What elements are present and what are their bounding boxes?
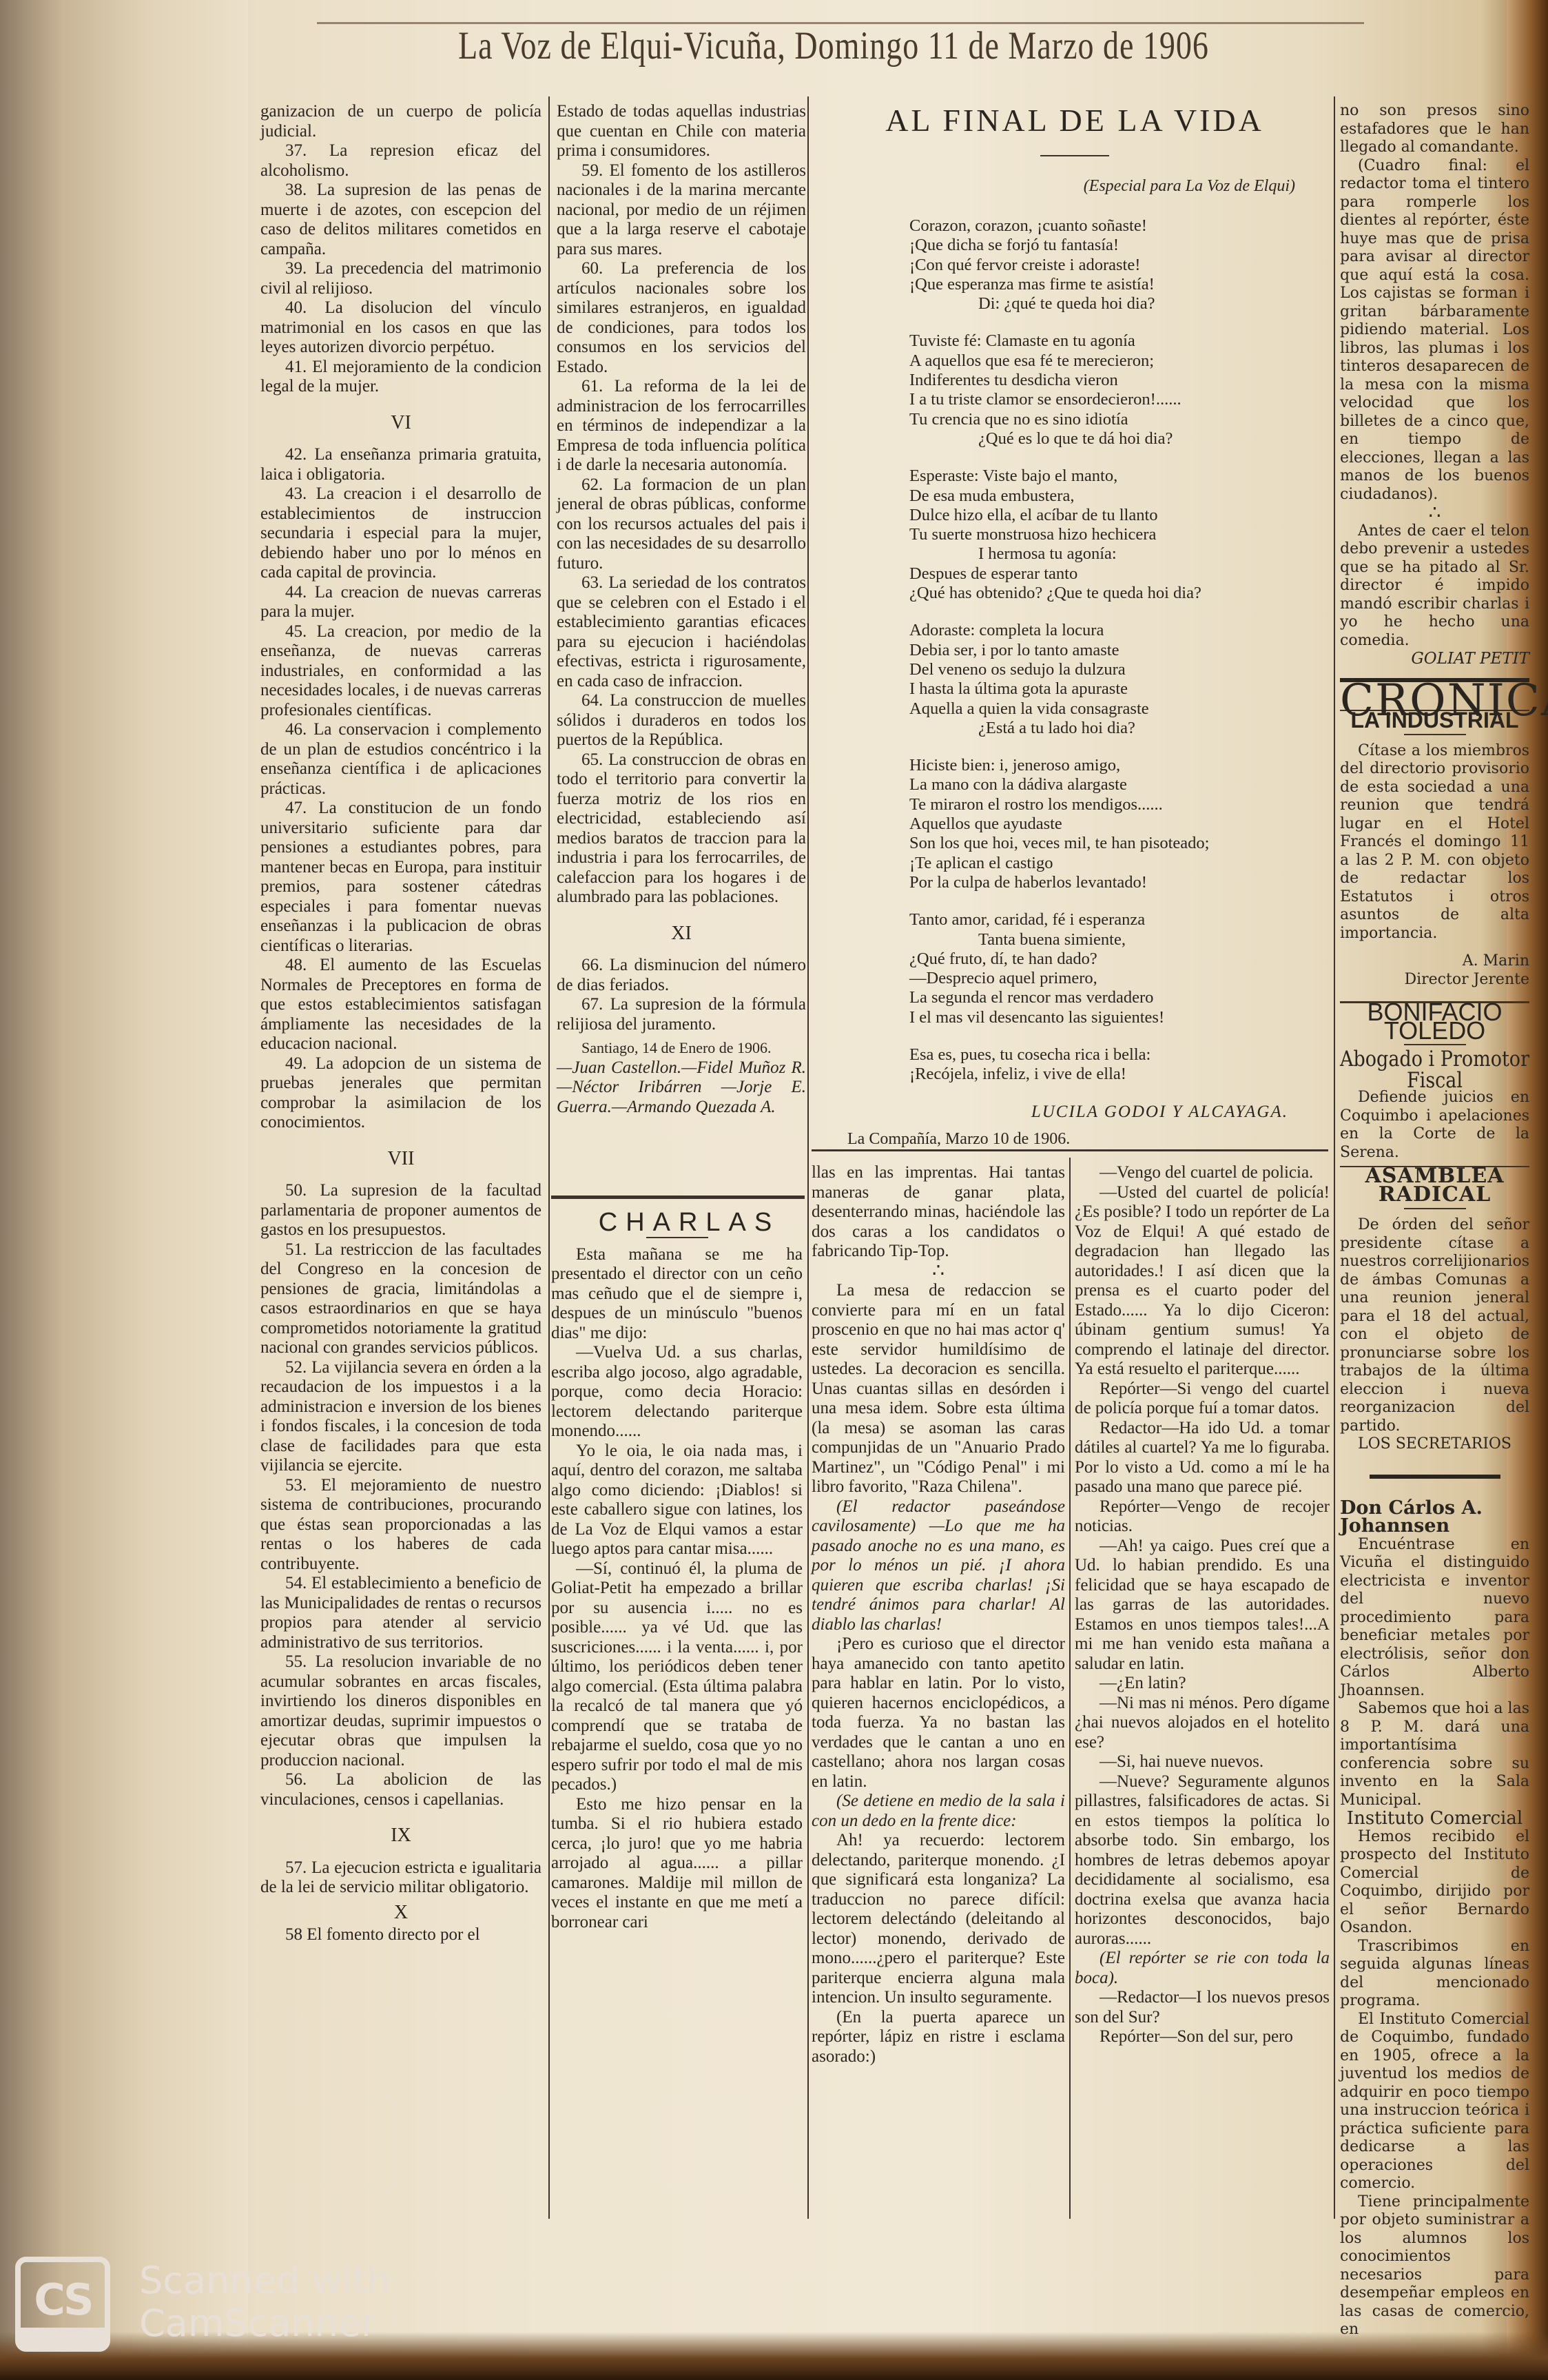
poem-line: La mano con la dádiva alargaste [909, 775, 1323, 794]
article-item: 55. La resolucion invariable de no acumu… [260, 1652, 541, 1770]
charlas-paragraph: —Sí, continuó él, la pluma de Goliat-Pet… [551, 1559, 803, 1795]
notice-title: Instituto Comercial [1340, 1809, 1529, 1828]
charlas-paragraph: —Redactor—I los nuevos presos son del Su… [1075, 1988, 1330, 2027]
poem-line: —Desprecio aquel primero, [909, 969, 1323, 988]
article-item: 62. La formacion de un plan jeneral de o… [557, 475, 806, 574]
notice-body: Cítase a los miembros del directorio pro… [1340, 742, 1529, 943]
article-item: 42. La enseñanza primaria gratuita, laic… [260, 445, 541, 484]
notice-signer: LOS SECRETARIOS [1340, 1435, 1529, 1454]
poem-line: Tanto amor, caridad, fé i esperanza [909, 910, 1323, 930]
charlas-closing: Antes de caer el telon debo prevenir a u… [1340, 522, 1529, 650]
poem-line: A aquellos que esa fé te merecieron; [909, 351, 1323, 371]
poem-line: Tanta buena simiente, [909, 930, 1323, 950]
charlas-paragraph: (Cuadro final: el redactor toma el tinte… [1340, 157, 1529, 504]
section-heading: VII [260, 1149, 541, 1169]
column-program-part1: ganizacion de un cuerpo de policía judic… [260, 102, 541, 1945]
poem-al-final-de-la-vida: AL FINAL DE LA VIDA (Especial para La Vo… [827, 102, 1323, 1149]
charlas-column-a: CHARLAS Esta mañana se me ha presentado … [551, 1213, 803, 1932]
charlas-paragraph: —Vuelva Ud. a sus charlas, escriba algo … [551, 1343, 803, 1442]
poem-line: Indiferentes tu desdicha vieron [909, 371, 1323, 390]
section-heading: X [260, 1903, 541, 1923]
poem-line: Por la culpa de haberlos levantado! [909, 873, 1323, 892]
charlas-paragraph: Ah! ya recuerdo: lectorem delectando, pa… [812, 1831, 1065, 2008]
article-item: 50. La supresion de la facultad parlamen… [260, 1181, 541, 1240]
poem-author: LUCILA GODOI Y ALCAYAGA. [827, 1102, 1288, 1122]
charlas-paragraph: Repórter—Si vengo del cuartel de policía… [1075, 1379, 1330, 1419]
poem-line: I hermosa tu agonía: [909, 544, 1323, 564]
poem-line: Adoraste: completa la locura [909, 621, 1323, 640]
article-item: 56. La abolicion de las vinculaciones, c… [260, 1770, 541, 1809]
article-item: 48. El aumento de las Escuelas Normales … [260, 956, 541, 1054]
notice-body: El Instituto Comercial de Coquimbo, fund… [1340, 2011, 1529, 2193]
poem-line: Son los que hoi, veces mil, te han pisot… [909, 834, 1323, 853]
charlas-paragraph: no son presos sino estafadores que le ha… [1340, 102, 1529, 157]
notice-body: Sabemos que hoi a las 8 P. M. dará una i… [1340, 1700, 1529, 1809]
charlas-paragraph: —¿En latin? [1075, 1674, 1330, 1694]
section-rule [551, 1196, 805, 1199]
column-program-part2: Estado de todas aquellas industrias que … [557, 102, 806, 1117]
signature: GOLIAT PETIT [1340, 650, 1529, 668]
poem-line: Tuviste fé: Clamaste en tu agonía [909, 331, 1323, 351]
poem-line: Corazon, corazon, ¡cuanto soñaste! [909, 216, 1323, 236]
poem-line: Esperaste: Viste bajo el manto, [909, 466, 1323, 486]
poem-stanza: Adoraste: completa la locura Debia ser, … [909, 621, 1323, 738]
article-item: 59. El fomento de los astilleros naciona… [557, 161, 806, 260]
section-heading: VI [260, 413, 541, 433]
poem-line: ¿Está a tu lado hoi dia? [909, 719, 1323, 738]
charlas-paragraph: —Ni mas ni ménos. Pero dígame ¿hai nuevo… [1075, 1694, 1330, 1753]
title-rule [1404, 1208, 1466, 1209]
charlas-paragraph: Repórter—Vengo de recojer noticias. [1075, 1497, 1330, 1537]
newspaper-masthead: La Voz de Elqui-Vicuña, Domingo 11 de Ma… [317, 23, 1350, 74]
charlas-paragraph: Redactor—Ha ido Ud. a tomar dátiles al c… [1075, 1419, 1330, 1497]
watermark-text: Scanned with CamScanner [139, 2259, 391, 2345]
poem-line: I a tu triste clamor se ensordecieron!..… [909, 390, 1323, 409]
charlas-paragraph: —Ah! ya caigo. Pues creí que a Ud. lo ha… [1075, 1537, 1330, 1674]
signatories: —Juan Castellon.—Fidel Muñoz R.—Néctor I… [557, 1058, 806, 1118]
column-divider [1334, 96, 1335, 2219]
poem-line: ¿Qué has obtenido? ¿Que te queda hoi dia… [909, 584, 1323, 603]
asterism-icon: ∴ [812, 1262, 1065, 1282]
charlas-stage-direction: (El repórter se rie con toda la boca). [1075, 1949, 1330, 1988]
poem-line: Despues de esperar tanto [909, 564, 1323, 584]
charlas-paragraph: (El redactor paseándose cavilosamente) —… [812, 1497, 1065, 1635]
poem-line: Te miraron el rostro los mendigos...... [909, 795, 1323, 814]
article-item: 38. La supresion de las penas de muerte … [260, 181, 541, 259]
watermark-line: CamScanner [139, 2302, 391, 2345]
charlas-paragraph: Repórter—Son del sur, pero [1075, 2027, 1330, 2047]
section-heading: XI [557, 924, 806, 944]
poem-stanza: Esperaste: Viste bajo el manto, De esa m… [909, 466, 1323, 603]
notice-title: ASAMBLEA RADICAL [1340, 1167, 1529, 1204]
article-item: 41. El mejoramiento de la condicion lega… [260, 358, 541, 397]
column-divider [807, 96, 809, 2219]
article-item: 66. La disminucion del número de dias fe… [557, 956, 806, 995]
section-rule [812, 1149, 1328, 1151]
poem-line: La segunda el rencor mas verdadero [909, 988, 1323, 1007]
article-item: 37. La represion eficaz del alcoholismo. [260, 141, 541, 181]
poem-title: AL FINAL DE LA VIDA [827, 102, 1323, 139]
article-item: 58 El fomento directo por el [260, 1925, 541, 1945]
poem-line: Tu crencia que no es sino idiotía [909, 410, 1323, 429]
article-item: 54. El establecimiento a beneficio de la… [260, 1574, 541, 1652]
charlas-paragraph: llas en las imprentas. Hai tantas manera… [812, 1163, 1065, 1262]
poem-line: De esa muda embustera, [909, 486, 1323, 506]
poem-line: Hiciste bien: i, jeneroso amigo, [909, 756, 1323, 775]
notice-title: Don Cárlos A. Johannsen [1340, 1499, 1529, 1536]
poem-line: ¿Qué fruto, dí, te han dado? [909, 950, 1323, 969]
poem-stanza: Esa es, pues, tu cosecha rica i bella: ¡… [909, 1045, 1323, 1085]
poem-line: Aquellos que ayudaste [909, 814, 1323, 834]
page-margin-left [0, 0, 248, 2380]
article-item: 40. La disolucion del vínculo matrimonia… [260, 298, 541, 358]
title-rule [1404, 734, 1466, 735]
notice-title: BONIFACIO TOLEDO [1340, 1003, 1529, 1040]
notice-body: Defiende juicios en Coquimbo i apelacion… [1340, 1089, 1529, 1162]
poem-line: I el mas vil desencanto las siguientes! [909, 1008, 1323, 1027]
poem-line: ¡Con qué fervor creiste i adoraste! [909, 256, 1323, 275]
charlas-paragraph: —Si, hai nueve nuevos. [1075, 1752, 1330, 1772]
charlas-paragraph: —Nueve? Seguramente algunos pillastres, … [1075, 1772, 1330, 1949]
column-divider [1069, 1158, 1071, 2219]
section-heading: IX [260, 1826, 541, 1846]
notice-subtitle: Abogado i Promotor Fiscal [1340, 1049, 1529, 1091]
poem-subtitle: (Especial para La Voz de Elqui) [827, 177, 1295, 196]
article-item: 43. La creacion i el desarrollo de estab… [260, 484, 541, 583]
notice-title: LA INDUSTRIAL [1340, 711, 1529, 730]
poem-stanza: Corazon, corazon, ¡cuanto soñaste! ¡Que … [909, 216, 1323, 314]
poem-line: ¡Que esperanza mas firme te asistía! [909, 275, 1323, 294]
article-item: 60. La preferencia de los artículos naci… [557, 259, 806, 377]
article-item: 47. La constitucion de un fondo universi… [260, 799, 541, 956]
poem-stanza: Tuviste fé: Clamaste en tu agonía A aque… [909, 331, 1323, 449]
poem-line: I hasta la última gota la apuraste [909, 679, 1323, 699]
article-item: 64. La construccion de muelles sólidos i… [557, 691, 806, 750]
notice-signer: A. Marin [1340, 952, 1529, 971]
poem-stanza: Hiciste bien: i, jeneroso amigo, La mano… [909, 756, 1323, 892]
notice-signer-title: Director Jerente [1340, 971, 1529, 989]
poem-line: Tu suerte monstruosa hizo hechicera [909, 525, 1323, 544]
article-item: 61. La reforma de la lei de administraci… [557, 377, 806, 475]
poem-line: Esa es, pues, tu cosecha rica i bella: [909, 1045, 1323, 1065]
watermark-line: Scanned with [139, 2259, 391, 2302]
charlas-paragraph: Yo le oia, le oia nada mas, i aquí, dent… [551, 1442, 803, 1559]
title-rule [1040, 155, 1109, 156]
article-item: 63. La seriedad de los contratos que se … [557, 573, 806, 691]
article-item: 49. La adopcion de un sistema de pruebas… [260, 1054, 541, 1133]
section-rule [1370, 1475, 1500, 1479]
charlas-stage-direction: (Se detiene en medio de la sala i con un… [812, 1792, 1065, 1831]
poem-line: ¡Que dicha se forjó tu fantasía! [909, 236, 1323, 255]
notice-body: Trascribimos en seguida algunas líneas d… [1340, 1938, 1529, 2011]
notice-body: Hemos recibido el prospecto del Institut… [1340, 1828, 1529, 1938]
poem-line: Del veneno os sedujo la dulzura [909, 660, 1323, 679]
article-item: 51. La restriccion de las facultades del… [260, 1240, 541, 1358]
column-cronica: no son presos sino estafadores que le ha… [1340, 102, 1529, 2339]
column-divider [548, 96, 550, 2219]
article-item: 65. La construccion de obras en todo el … [557, 750, 806, 907]
charlas-column-c: —Vengo del cuartel de policia. —Usted de… [1075, 1163, 1330, 2047]
article-item: 46. La conservacion i complemento de un … [260, 720, 541, 799]
signature-place-date: Santiago, 14 de Enero de 1906. [557, 1038, 806, 1058]
charlas-paragraph: ¡Pero es curioso que el director haya am… [812, 1634, 1065, 1792]
camscanner-watermark: CS Scanned with CamScanner [15, 2257, 401, 2353]
charlas-paragraph: La mesa de redaccion se convierte para m… [812, 1281, 1065, 1497]
notice-body: De órden del señor presidente cítase a n… [1340, 1216, 1529, 1435]
charlas-column-b: llas en las imprentas. Hai tantas manera… [812, 1163, 1065, 2066]
charlas-paragraph: —Usted del cuartel de policía! ¿Es posib… [1075, 1183, 1330, 1379]
poem-line: ¡Te aplican el castigo [909, 854, 1323, 873]
article-item: Estado de todas aquellas industrias que … [557, 102, 806, 161]
article-item: 39. La precedencia del matrimonio civil … [260, 259, 541, 298]
poem-line: ¡Recójela, infeliz, i vive de ella! [909, 1065, 1323, 1084]
poem-line: Aquella a quien la vida consagraste [909, 699, 1323, 719]
charlas-paragraph: —Vengo del cuartel de policia. [1075, 1163, 1330, 1183]
article-item: 45. La creacion, por medio de la enseñan… [260, 622, 541, 721]
charlas-title: CHARLAS [551, 1213, 803, 1233]
charlas-stage-direction: (En la puerta aparece un repórter, lápiz… [812, 2008, 1065, 2067]
notice-body: Encuéntrase en Vicuña el distinguido ele… [1340, 1536, 1529, 1701]
poem-place-date: La Compañía, Marzo 10 de 1906. [847, 1130, 1323, 1149]
article-item: 53. El mejoramiento de nuestro sistema d… [260, 1476, 541, 1574]
article-item: 52. La vijilancia severa en órden a la r… [260, 1358, 541, 1476]
article-item: 44. La creacion de nuevas carreras para … [260, 583, 541, 622]
article-item: 57. La ejecucion estricta e igualitaria … [260, 1858, 541, 1898]
camscanner-logo-icon: CS [15, 2257, 110, 2352]
charlas-paragraph: Esto me hizo pensar en la tumba. Si el r… [551, 1795, 803, 1933]
poem-line: Dulce hizo ella, el acíbar de tu llanto [909, 506, 1323, 525]
poem-line: ¿Qué es lo que te dá hoi dia? [909, 429, 1323, 449]
asterism-icon: ∴ [1340, 504, 1529, 522]
charlas-paragraph: Esta mañana se me ha presentado el direc… [551, 1245, 803, 1344]
poem-stanza: Tanto amor, caridad, fé i esperanza Tant… [909, 910, 1323, 1027]
notice-body: Tiene principalmente por objeto suminist… [1340, 2193, 1529, 2339]
article-item: ganizacion de un cuerpo de policía judic… [260, 102, 541, 141]
poem-line: Debia ser, i por lo tanto amaste [909, 641, 1323, 660]
poem-line: Di: ¿qué te queda hoi dia? [909, 294, 1323, 314]
article-item: 67. La supresion de la fórmula relijiosa… [557, 995, 806, 1034]
